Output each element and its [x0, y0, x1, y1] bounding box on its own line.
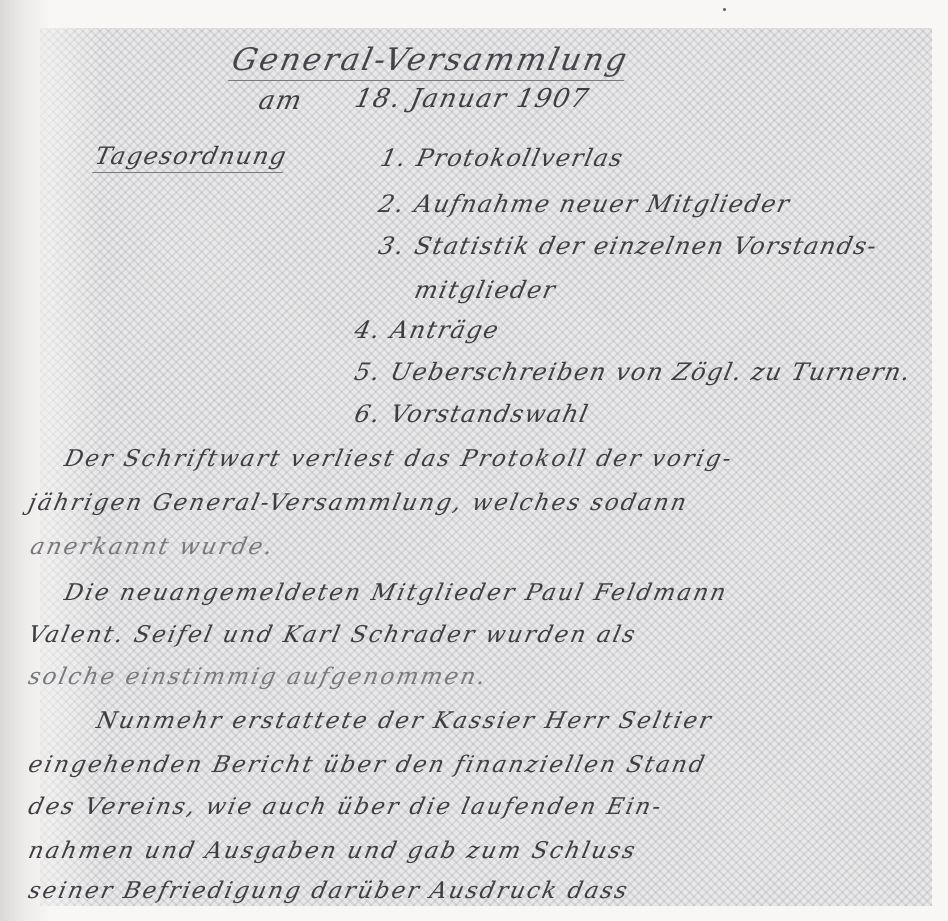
agenda-item-text: Aufnahme neuer Mitglieder: [412, 190, 793, 218]
agenda-item-text: Protokollverlas: [414, 144, 626, 172]
body-line: jährigen General-Versammlung, welches so…: [26, 490, 691, 516]
agenda-item-text: Anträge: [388, 316, 502, 344]
agenda-item: 2.Aufnahme neuer Mitglieder: [376, 190, 793, 218]
body-line: des Vereins, wie auch über die laufenden…: [26, 794, 665, 820]
body-line: seiner Befriedigung darüber Ausdruck das…: [26, 878, 631, 904]
body-line: Nunmehr erstattete der Kassier Herr Selt…: [94, 708, 715, 734]
body-line: nahmen und Ausgaben und gab zum Schluss: [26, 838, 639, 864]
agenda-item-number: 5.: [352, 358, 384, 386]
agenda-item-number: 4.: [352, 316, 384, 344]
date-prefix: am: [256, 86, 306, 116]
agenda-item-number: 2.: [376, 190, 408, 218]
agenda-item: 1.Protokollverlas: [378, 144, 626, 172]
body-line: solche einstimmig aufgenommen.: [26, 664, 490, 690]
agenda-item-number: 6.: [352, 400, 384, 428]
agenda-item-number: 3.: [376, 232, 408, 260]
stray-mark: [723, 8, 726, 11]
agenda-item: mitglieder: [376, 276, 559, 304]
agenda-item: 3.Statistik der einzelnen Vorstands-: [376, 232, 880, 260]
agenda-item: 5.Ueberschreiben von Zögl. zu Turnern.: [352, 358, 914, 386]
body-line: eingehenden Bericht über den finanzielle…: [26, 752, 709, 778]
agenda-item-text: Statistik der einzelnen Vorstands-: [412, 232, 880, 260]
agenda-item-number: 1.: [378, 144, 410, 172]
body-line: Die neuangemeldeten Mitglieder Paul Feld…: [62, 580, 730, 606]
document-title: General-Versammlung: [228, 42, 632, 81]
body-line: anerkannt wurde.: [28, 534, 277, 560]
body-line: Der Schriftwart verliest das Protokoll d…: [62, 446, 736, 472]
body-line: Valent. Seifel und Karl Schrader wurden …: [26, 622, 639, 648]
agenda-item: 4.Anträge: [352, 316, 502, 344]
meeting-date: 18. Januar 1907: [352, 84, 592, 114]
agenda-item-text: mitglieder: [412, 276, 559, 304]
agenda-item-text: Vorstandswahl: [388, 400, 592, 428]
agenda-item: 6.Vorstandswahl: [352, 400, 592, 428]
scanned-page: General-Versammlung am 18. Januar 1907 T…: [0, 0, 948, 921]
agenda-item-text: Ueberschreiben von Zögl. zu Turnern.: [388, 358, 914, 386]
agenda-label: Tagesordnung: [92, 142, 290, 173]
